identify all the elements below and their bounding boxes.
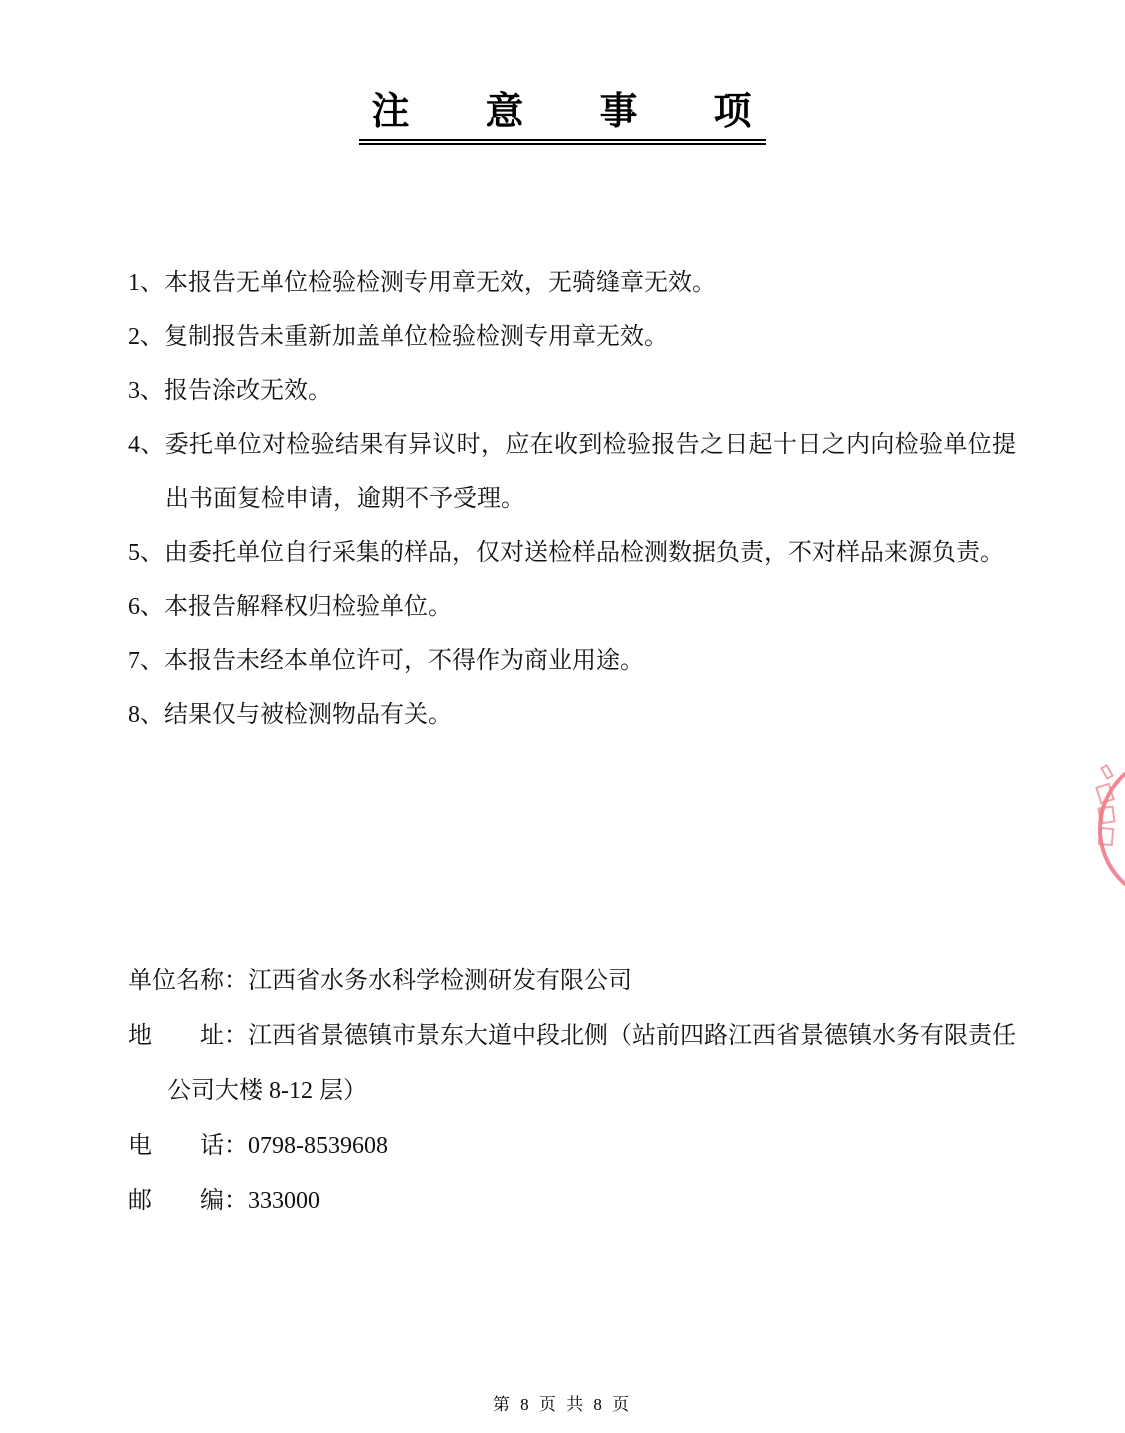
notes-list: 1、本报告无单位检验检测专用章无效，无骑缝章无效。 2、复制报告未重新加盖单位检… [128, 256, 1016, 742]
seal-text-fragment [1098, 827, 1115, 846]
note-text: 报告涂改无效。 [164, 378, 332, 404]
title-underline: 注意事项 [359, 92, 765, 145]
official-seal-fragment [1090, 750, 1125, 900]
note-text: 委托单位对检验结果有异议时，应在收到检验报告之日起十日之内向检验单位提出书面复检… [165, 432, 1016, 512]
seal-text-fragment [1095, 783, 1115, 805]
note-number: 7、 [128, 648, 164, 674]
note-number: 1、 [128, 270, 164, 296]
contact-label: 地 址： [128, 1023, 248, 1049]
note-number: 5、 [128, 540, 164, 566]
seal-text-fragment [1097, 805, 1115, 824]
note-item: 3、报告涂改无效。 [128, 364, 1016, 418]
title-text: 注意事项 [371, 91, 827, 133]
phone-row: 电 话：0798-8539608 [128, 1119, 1016, 1174]
contact-value: 江西省水务水科学检测研发有限公司 [248, 968, 632, 994]
note-item: 7、本报告未经本单位许可，不得作为商业用途。 [128, 634, 1016, 688]
page-footer: 第 8 页 共 8 页 [0, 1390, 1125, 1415]
note-item: 4、委托单位对检验结果有异议时，应在收到检验报告之日起十日之内向检验单位提出书面… [128, 418, 1016, 526]
note-text: 本报告未经本单位许可，不得作为商业用途。 [164, 648, 644, 674]
page-title: 注意事项 [0, 92, 1125, 145]
postcode-row: 邮 编：333000 [128, 1174, 1016, 1229]
note-item: 1、本报告无单位检验检测专用章无效，无骑缝章无效。 [128, 256, 1016, 310]
contact-label: 单位名称： [128, 968, 248, 994]
note-number: 6、 [128, 594, 164, 620]
note-number: 4、 [128, 432, 165, 458]
contact-label: 邮 编： [128, 1188, 248, 1214]
contact-label: 电 话： [128, 1133, 248, 1159]
seal-text-fragment [1100, 764, 1114, 780]
seal-ring [1098, 754, 1125, 904]
note-number: 8、 [128, 702, 164, 728]
note-number: 3、 [128, 378, 164, 404]
contact-block: 单位名称：江西省水务水科学检测研发有限公司 地 址：江西省景德镇市景东大道中段北… [128, 954, 1016, 1229]
report-notes-page: 注意事项 1、本报告无单位检验检测专用章无效，无骑缝章无效。 2、复制报告未重新… [0, 0, 1125, 1433]
note-number: 2、 [128, 324, 164, 350]
note-item: 2、复制报告未重新加盖单位检验检测专用章无效。 [128, 310, 1016, 364]
contact-value: 333000 [248, 1188, 320, 1214]
note-text: 本报告解释权归检验单位。 [164, 594, 452, 620]
note-item: 6、本报告解释权归检验单位。 [128, 580, 1016, 634]
note-item: 5、由委托单位自行采集的样品，仅对送检样品检测数据负责，不对样品来源负责。 [128, 526, 1016, 580]
note-text: 复制报告未重新加盖单位检验检测专用章无效。 [164, 324, 668, 350]
address-row: 地 址：江西省景德镇市景东大道中段北侧（站前四路江西省景德镇水务有限责任公司大楼… [128, 1009, 1016, 1119]
company-name-row: 单位名称：江西省水务水科学检测研发有限公司 [128, 954, 1016, 1009]
note-text: 本报告无单位检验检测专用章无效，无骑缝章无效。 [164, 270, 716, 296]
note-item: 8、结果仅与被检测物品有关。 [128, 688, 1016, 742]
note-text: 结果仅与被检测物品有关。 [164, 702, 452, 728]
note-text: 由委托单位自行采集的样品，仅对送检样品检测数据负责，不对样品来源负责。 [164, 540, 1004, 566]
contact-value: 0798-8539608 [248, 1133, 388, 1159]
contact-value: 江西省景德镇市景东大道中段北侧（站前四路江西省景德镇水务有限责任公司大楼 8-1… [167, 1023, 1016, 1104]
